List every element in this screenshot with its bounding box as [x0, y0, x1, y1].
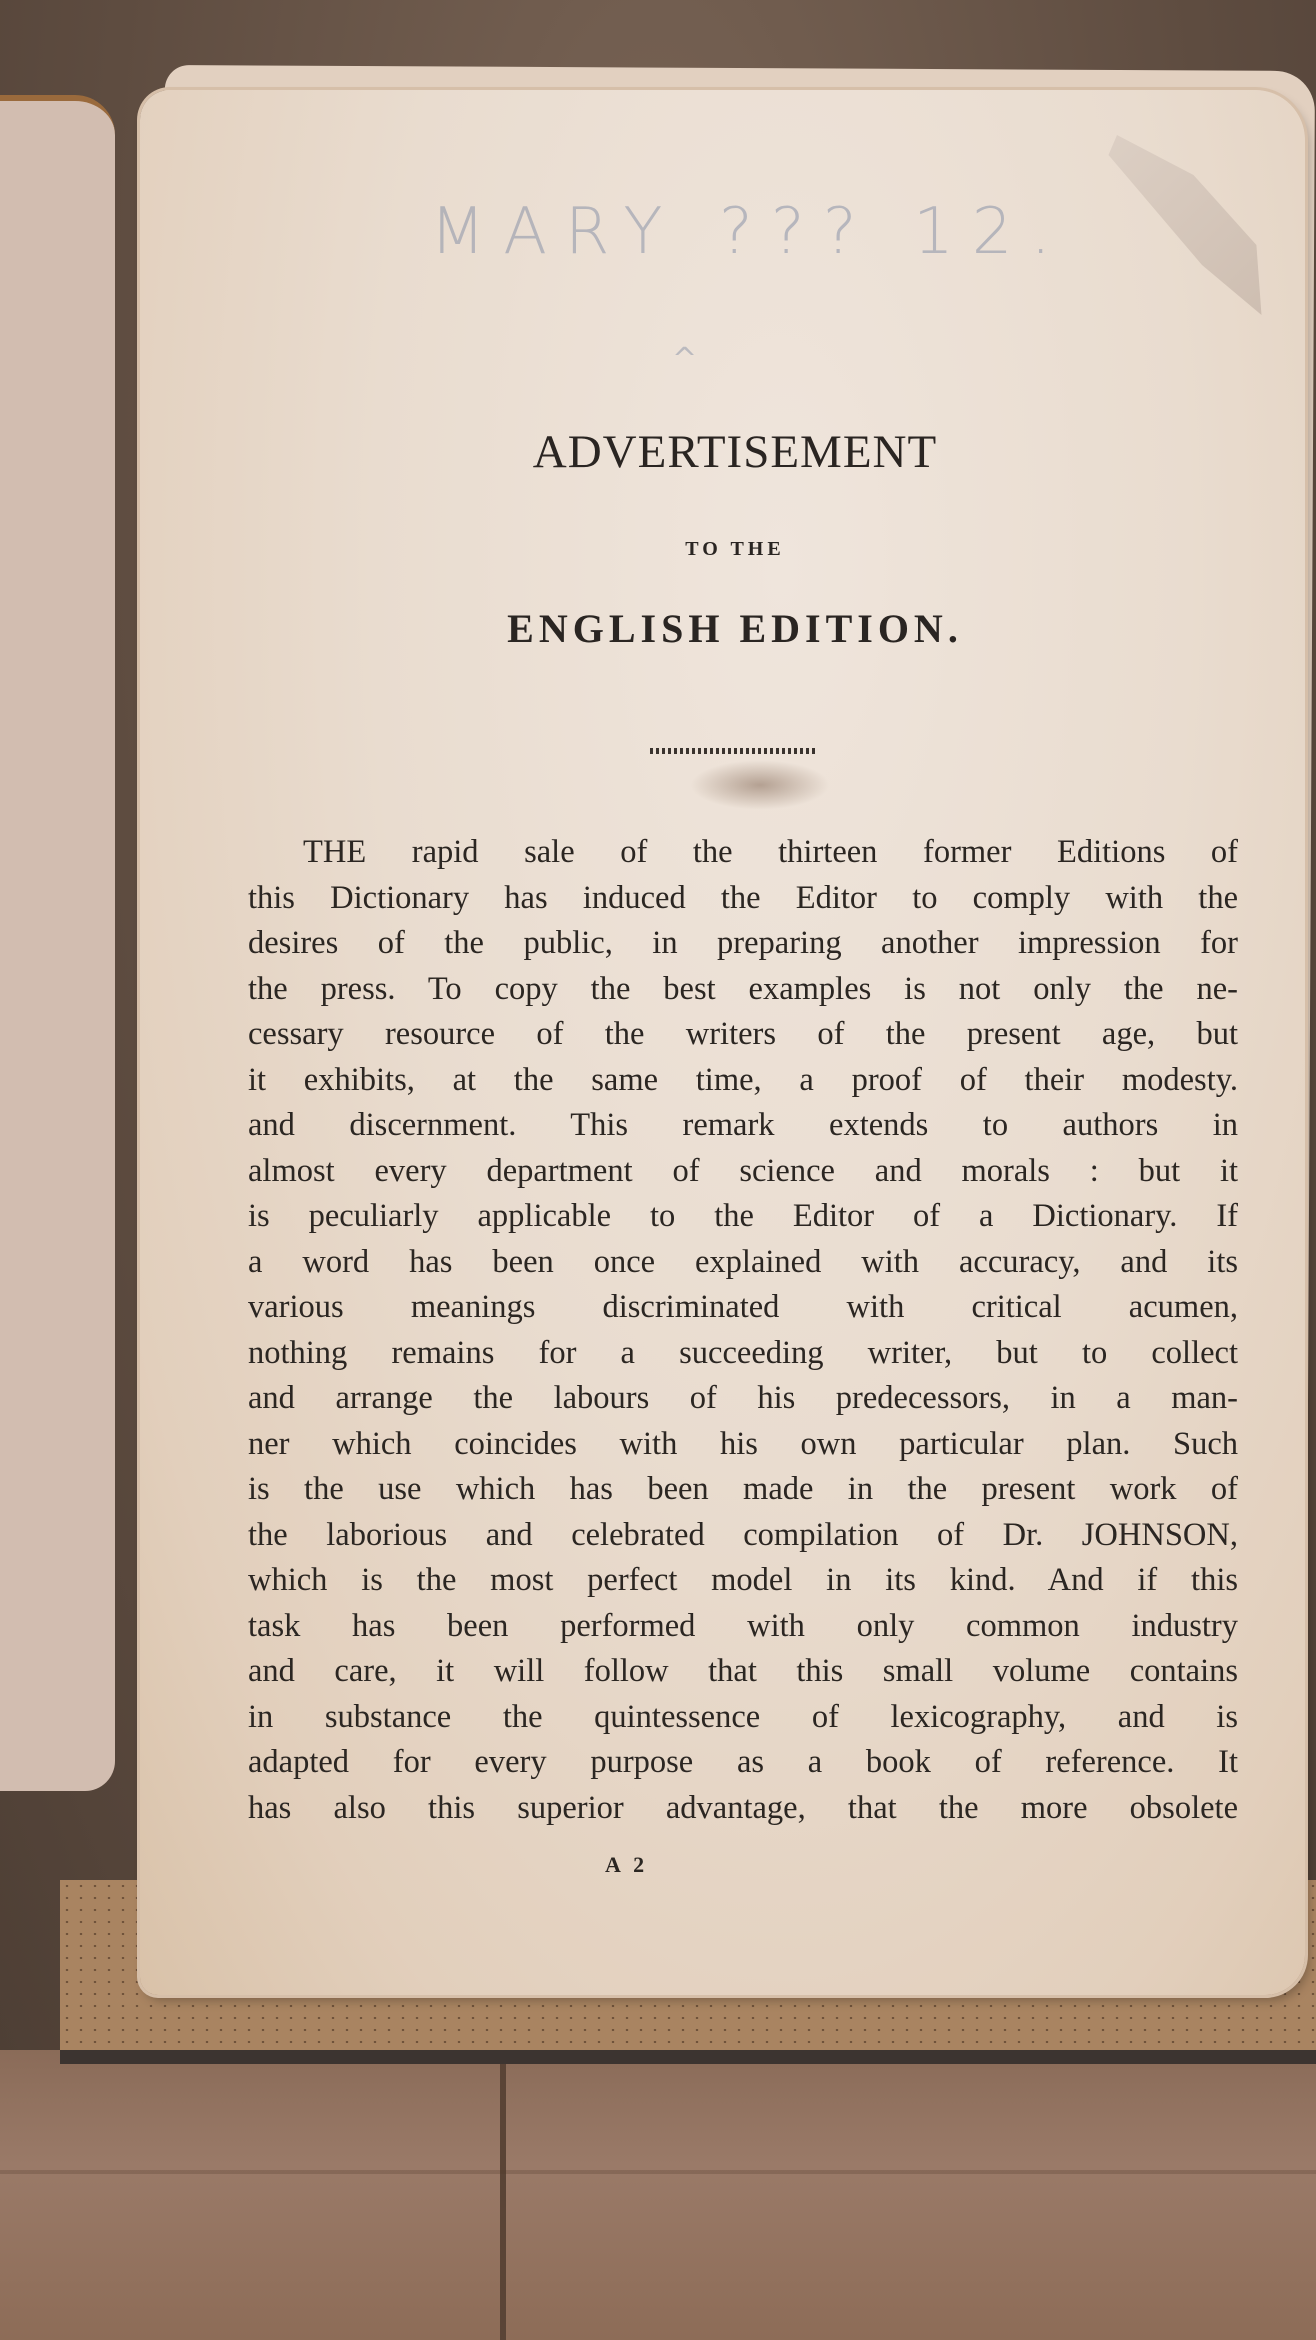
handwritten-inscription: MARY ??? 12.	[430, 195, 1069, 269]
text-line: this Dictionary has induced the Editor t…	[248, 876, 1238, 922]
text-line: adapted for every purpose as a book of r…	[248, 1740, 1238, 1786]
text-line: a word has been once explained with accu…	[248, 1240, 1238, 1286]
text-line: cessary resource of the writers of the p…	[248, 1012, 1238, 1058]
text-line: nothing remains for a succeeding writer,…	[248, 1331, 1238, 1377]
text-line: and arrange the labours of his predecess…	[248, 1376, 1238, 1422]
floor-band	[0, 2170, 1316, 2174]
floor	[0, 2050, 1316, 2340]
text-line: which is the most perfect model in its k…	[248, 1558, 1238, 1604]
text-line: is the use which has been made in the pr…	[248, 1467, 1238, 1513]
facing-page-left	[0, 95, 115, 1791]
printer-signature-mark: A 2	[605, 1852, 648, 1878]
text-line: the laborious and celebrated compilation…	[248, 1513, 1238, 1559]
text-line: has also this superior advantage, that t…	[248, 1786, 1238, 1832]
edition-heading: ENGLISH EDITION.	[300, 605, 1170, 652]
text-line: various meanings discriminated with crit…	[248, 1285, 1238, 1331]
page-subtitle: TO THE	[300, 538, 1170, 561]
text-line: the press. To copy the best examples is …	[248, 967, 1238, 1013]
body-paragraph: THE rapid sale of the thirteen former Ed…	[248, 830, 1238, 1831]
text-line: THE rapid sale of the thirteen former Ed…	[248, 830, 1238, 876]
text-line: ner which coincides with his own particu…	[248, 1422, 1238, 1468]
paper-stain	[690, 760, 830, 810]
handwritten-mark: ^	[672, 342, 697, 377]
text-line: desires of the public, in preparing anot…	[248, 921, 1238, 967]
page-title: ADVERTISEMENT	[300, 425, 1170, 479]
text-line: almost every department of science and m…	[248, 1149, 1238, 1195]
ornamental-divider	[650, 748, 815, 754]
text-line: and discernment. This remark extends to …	[248, 1103, 1238, 1149]
text-line: task has been performed with only common…	[248, 1604, 1238, 1650]
text-line: is peculiarly applicable to the Editor o…	[248, 1194, 1238, 1240]
floor-seam	[500, 2060, 506, 2340]
text-line: it exhibits, at the same time, a proof o…	[248, 1058, 1238, 1104]
text-line: in substance the quintessence of lexicog…	[248, 1695, 1238, 1741]
text-line: and care, it will follow that this small…	[248, 1649, 1238, 1695]
